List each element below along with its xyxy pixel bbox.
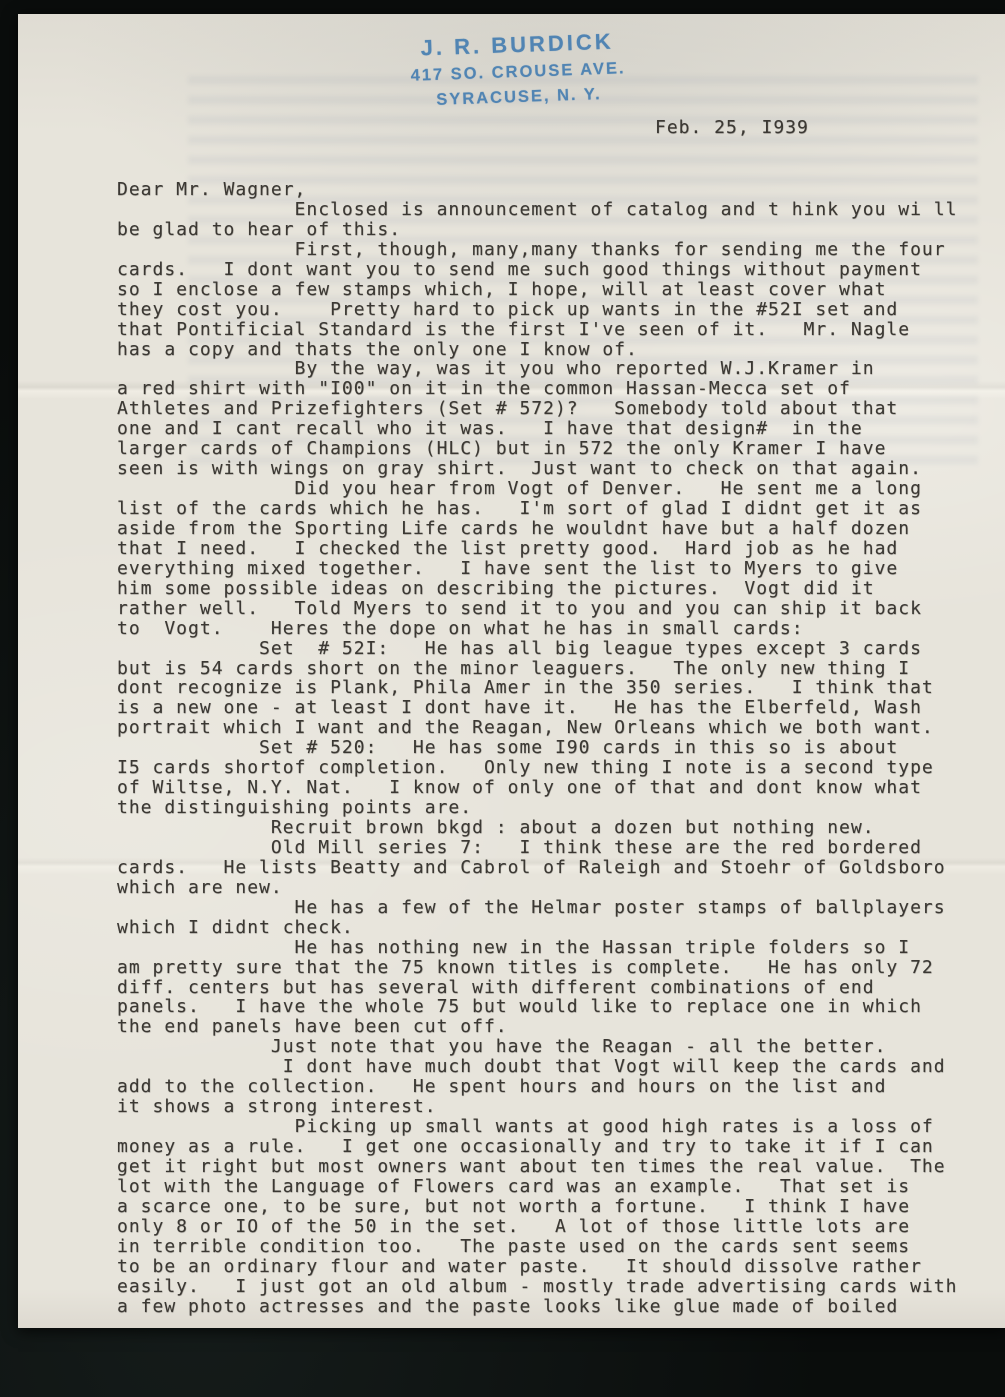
letter-line: am pretty sure that the 75 known titles … bbox=[117, 958, 997, 978]
letter-date: Feb. 25, I939 bbox=[655, 117, 809, 138]
letter-line: panels. I have the whole 75 but would li… bbox=[117, 997, 997, 1017]
letter-line: cards. I dont want you to send me such g… bbox=[117, 260, 997, 280]
letter-line: of Wiltse, N.Y. Nat. I know of only one … bbox=[117, 778, 997, 798]
letter-line: Enclosed is announcement of catalog and … bbox=[117, 200, 997, 220]
letter-line: it shows a strong interest. bbox=[117, 1097, 997, 1117]
letter-line: that Pontificial Standard is the first I… bbox=[117, 320, 997, 340]
letter-line: portrait which I want and the Reagan, Ne… bbox=[117, 718, 997, 738]
letter-body: Dear Mr. Wagner, Enclosed is announcemen… bbox=[117, 180, 997, 1316]
letter-line: to be an ordinary flour and water paste.… bbox=[117, 1257, 997, 1277]
letter-line: Athletes and Prizefighters (Set # 572)? … bbox=[117, 399, 997, 419]
letter-line: get it right but most owners want about … bbox=[117, 1157, 997, 1177]
scan-background: J. R. BURDICK 417 SO. CROUSE AVE. SYRACU… bbox=[0, 0, 1005, 1397]
letter-line: By the way, was it you who reported W.J.… bbox=[117, 359, 997, 379]
letter-line: has a copy and thats the only one I know… bbox=[117, 340, 997, 360]
letter-line: Old Mill series 7: I think these are the… bbox=[117, 838, 997, 858]
letter-line: cards. He lists Beatty and Cabrol of Ral… bbox=[117, 858, 997, 878]
letter-line: a scarce one, to be sure, but not worth … bbox=[117, 1197, 997, 1217]
letter-page: J. R. BURDICK 417 SO. CROUSE AVE. SYRACU… bbox=[18, 14, 1005, 1328]
letterhead-stamp: J. R. BURDICK 417 SO. CROUSE AVE. SYRACU… bbox=[362, 25, 675, 115]
letter-line: He has a few of the Helmar poster stamps… bbox=[117, 898, 997, 918]
letter-line: that I need. I checked the list pretty g… bbox=[117, 539, 997, 559]
letter-line: Did you hear from Vogt of Denver. He sen… bbox=[117, 479, 997, 499]
letter-line: lot with the Language of Flowers card wa… bbox=[117, 1177, 997, 1197]
letter-line: only 8 or IO of the 50 in the set. A lot… bbox=[117, 1217, 997, 1237]
letter-line: Set # 520: He has some I90 cards in this… bbox=[117, 738, 997, 758]
letter-line: I dont have much doubt that Vogt will ke… bbox=[117, 1057, 997, 1077]
letter-line: the end panels have been cut off. bbox=[117, 1017, 997, 1037]
letter-line: Just note that you have the Reagan - all… bbox=[117, 1037, 997, 1057]
letter-line: list of the cards which he has. I'm sort… bbox=[117, 499, 997, 519]
letter-line: Recruit brown bkgd : about a dozen but n… bbox=[117, 818, 997, 838]
letter-line: money as a rule. I get one occasionally … bbox=[117, 1137, 997, 1157]
letter-line: a few photo actresses and the paste look… bbox=[117, 1297, 997, 1317]
letter-line: larger cards of Champions (HLC) but in 5… bbox=[117, 439, 997, 459]
letter-line: a red shirt with "I00" on it in the comm… bbox=[117, 379, 997, 399]
letter-line: the distinguishing points are. bbox=[117, 798, 997, 818]
letter-line: Dear Mr. Wagner, bbox=[117, 180, 997, 200]
letter-line: rather well. Told Myers to send it to yo… bbox=[117, 599, 997, 619]
letter-line: Picking up small wants at good high rate… bbox=[117, 1117, 997, 1137]
letter-line: diff. centers but has several with diffe… bbox=[117, 978, 997, 998]
letter-line: which are new. bbox=[117, 878, 997, 898]
letter-line: be glad to hear of this. bbox=[117, 220, 997, 240]
letter-line: is a new one - at least I dont have it. … bbox=[117, 698, 997, 718]
letter-line: seen is with wings on gray shirt. Just w… bbox=[117, 459, 997, 479]
letter-line: add to the collection. He spent hours an… bbox=[117, 1077, 997, 1097]
letter-line: in terrible condition too. The paste use… bbox=[117, 1237, 997, 1257]
letter-line: Set # 52I: He has all big league types e… bbox=[117, 639, 997, 659]
letter-line: everything mixed together. I have sent t… bbox=[117, 559, 997, 579]
letter-line: but is 54 cards short on the minor leagu… bbox=[117, 659, 997, 679]
letter-line: which I didnt check. bbox=[117, 918, 997, 938]
letter-line: so I enclose a few stamps which, I hope,… bbox=[117, 280, 997, 300]
letter-line: they cost you. Pretty hard to pick up wa… bbox=[117, 300, 997, 320]
letter-line: him some possible ideas on describing th… bbox=[117, 579, 997, 599]
letter-line: I5 cards shortof completion. Only new th… bbox=[117, 758, 997, 778]
letter-line: He has nothing new in the Hassan triple … bbox=[117, 938, 997, 958]
letter-line: aside from the Sporting Life cards he wo… bbox=[117, 519, 997, 539]
letter-line: to Vogt. Heres the dope on what he has i… bbox=[117, 619, 997, 639]
letter-line: First, though, many,many thanks for send… bbox=[117, 240, 997, 260]
letter-line: one and I cant recall who it was. I have… bbox=[117, 419, 997, 439]
letter-line: easily. I just got an old album - mostly… bbox=[117, 1277, 997, 1297]
letter-line: dont recognize is Plank, Phila Amer in t… bbox=[117, 678, 997, 698]
